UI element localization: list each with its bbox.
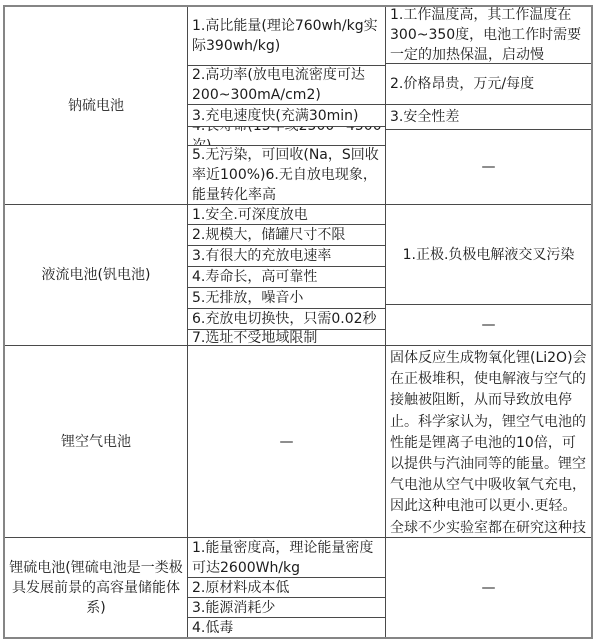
section-lithium-sulfur-battery: 锂硫电池(锂硫电池是一类极具发展前景的高容量储能体系)1.能量密度高，理论能量密…	[5, 538, 591, 637]
section-lithium-air-battery: 锂空气电池—固体反应生成物氧化锂(Li2O)会在正极堆积，使电解液与空气的接触被…	[5, 346, 591, 538]
advantage-cell: 3.有很大的充放电速率	[188, 246, 385, 267]
disadvantage-cell: 3.安全性差	[386, 105, 591, 130]
advantage-cell: 5.无排放，噪音小	[188, 288, 385, 309]
battery-name-cell: 钠硫电池	[5, 7, 188, 204]
advantage-cell: 1.高比能量(理论760wh/kg实际390wh/kg)	[188, 7, 385, 66]
empty-dash-cell: —	[386, 130, 591, 204]
advantages-column: 1.安全.可深度放电2.规模大，储罐尺寸不限3.有很大的充放电速率4.寿命长，高…	[188, 205, 386, 345]
advantage-cell: 5.无污染，可回收(Na，S回收率近100%)6.无自放电现象，能量转化率高	[188, 146, 385, 204]
advantage-cell: 2.高功率(放电电流密度可达200~300mA/cm2)	[188, 66, 385, 105]
section-flow-vanadium-battery: 液流电池(钒电池)1.安全.可深度放电2.规模大，储罐尺寸不限3.有很大的充放电…	[5, 205, 591, 346]
disadvantage-cell: 2.价格昂贵，万元/每度	[386, 64, 591, 105]
advantage-cell: 6.充放电切换快，只需0.02秒	[188, 309, 385, 330]
battery-name-cell: 锂空气电池	[5, 346, 188, 537]
advantage-cell: 3.能源消耗少	[188, 598, 385, 618]
battery-name-cell: 锂硫电池(锂硫电池是一类极具发展前景的高容量储能体系)	[5, 538, 188, 637]
disadvantages-column: 1.工作温度高，其工作温度在300~350度，电池工作时需要一定的加热保温，启动…	[386, 7, 591, 204]
empty-dash-cell: —	[386, 538, 591, 637]
disadvantage-cell: 固体反应生成物氧化锂(Li2O)会在正极堆积，使电解液与空气的接触被阻断，从而导…	[386, 346, 591, 537]
advantages-column: —	[188, 346, 386, 537]
battery-comparison-table: 钠硫电池1.高比能量(理论760wh/kg实际390wh/kg)2.高功率(放电…	[3, 5, 593, 639]
empty-dash-cell: —	[188, 346, 385, 537]
advantage-cell: 4.寿命长，高可靠性	[188, 267, 385, 288]
section-sodium-sulfur-battery: 钠硫电池1.高比能量(理论760wh/kg实际390wh/kg)2.高功率(放电…	[5, 7, 591, 205]
empty-dash-cell: —	[386, 305, 591, 345]
advantages-column: 1.能量密度高，理论能量密度可达2600Wh/kg2.原材料成本低3.能源消耗少…	[188, 538, 386, 637]
disadvantage-cell: 1.正极.负极电解液交叉污染	[386, 205, 591, 305]
advantage-cell: 4.长寿命(15年或2500~4500次)	[188, 127, 385, 146]
advantage-cell: 7.选址不受地域限制	[188, 330, 385, 345]
disadvantage-cell: 1.工作温度高，其工作温度在300~350度，电池工作时需要一定的加热保温，启动…	[386, 7, 591, 64]
advantage-cell: 4.低毒	[188, 618, 385, 637]
advantage-cell: 3.充电速度快(充满30min)	[188, 105, 385, 127]
battery-name-cell: 液流电池(钒电池)	[5, 205, 188, 345]
advantage-cell: 2.规模大，储罐尺寸不限	[188, 225, 385, 246]
advantage-cell: 1.能量密度高，理论能量密度可达2600Wh/kg	[188, 538, 385, 578]
advantage-cell: 2.原材料成本低	[188, 578, 385, 598]
disadvantages-column: 固体反应生成物氧化锂(Li2O)会在正极堆积，使电解液与空气的接触被阻断，从而导…	[386, 346, 591, 537]
advantages-column: 1.高比能量(理论760wh/kg实际390wh/kg)2.高功率(放电电流密度…	[188, 7, 386, 204]
advantage-cell: 1.安全.可深度放电	[188, 205, 385, 225]
disadvantages-column: —	[386, 538, 591, 637]
disadvantages-column: 1.正极.负极电解液交叉污染—	[386, 205, 591, 345]
